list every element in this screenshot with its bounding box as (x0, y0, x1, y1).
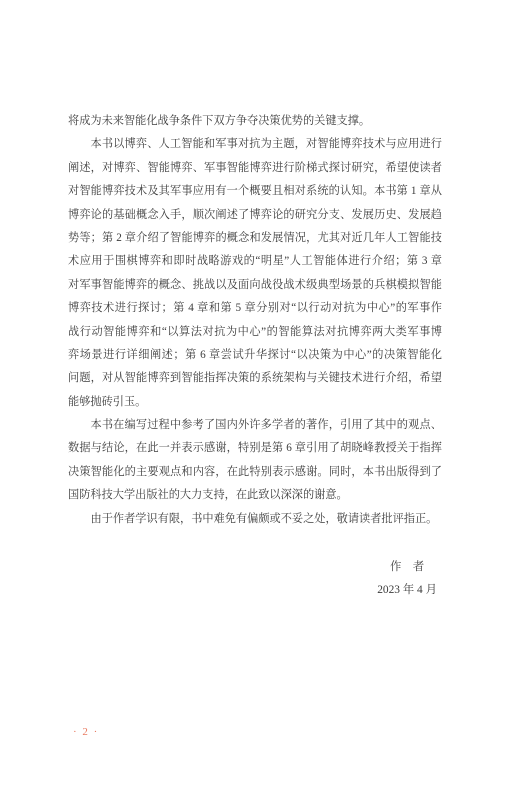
date-line: 2023 年 4 月 (377, 579, 437, 602)
text-line: 弈场景进行详细阐述；第 6 章尝试升华探讨“以决策为中心”的决策智能化 (68, 344, 442, 367)
text-line: 阐述，对博弈、智能博弈、军事智能博弈进行阶梯式探讨研究，希望使读者 (68, 157, 442, 180)
text-line: 博弈论的基础概念入手，顺次阐述了博弈论的研究分支、发展历史、发展趋 (68, 204, 442, 227)
text-line: 博弈技术进行探讨；第 4 章和第 5 章分别对“以行动对抗为中心”的军事作 (68, 297, 442, 320)
text-line: 由于作者学识有限，书中难免有偏颇或不妥之处，敬请读者批评指正。 (68, 508, 442, 531)
text-line: 对智能博弈技术及其军事应用有一个概要且相对系统的认知。本书第 1 章从 (68, 180, 442, 203)
page-number: · 2 · (73, 723, 99, 741)
text-line: 本书在编写过程中参考了国内外许多学者的著作，引用了其中的观点、 (68, 414, 442, 437)
signature-block: 作 者 2023 年 4 月 (377, 556, 437, 603)
document-page: 将成为未来智能化战争条件下双方争夺决策优势的关键支撑。本书以博弈、人工智能和军事… (0, 0, 510, 800)
text-line: 对军事智能博弈的概念、挑战以及面向战役战术级典型场景的兵棋模拟智能 (68, 274, 442, 297)
author-line: 作 者 (377, 556, 437, 579)
text-line: 本书以博弈、人工智能和军事对抗为主题，对智能博弈技术与应用进行 (68, 133, 442, 156)
text-line: 数据与结论，在此一并表示感谢，特别是第 6 章引用了胡晓峰教授关于指挥 (68, 437, 442, 460)
text-line: 问题，对从智能博弈到智能指挥决策的系统架构与关键技术进行介绍，希望 (68, 367, 442, 390)
preface-body: 将成为未来智能化战争条件下双方争夺决策优势的关键支撑。本书以博弈、人工智能和军事… (68, 110, 442, 531)
text-line: 势等；第 2 章介绍了智能博弈的概念和发展情况，尤其对近几年人工智能技 (68, 227, 442, 250)
text-line: 术应用于围棋博弈和即时战略游戏的“明星”人工智能体进行介绍；第 3 章 (68, 250, 442, 273)
text-line: 战行动智能博弈和“以算法对抗为中心”的智能算法对抗博弈两大类军事博 (68, 321, 442, 344)
text-line: 将成为未来智能化战争条件下双方争夺决策优势的关键支撑。 (68, 110, 442, 133)
text-line: 决策智能化的主要观点和内容，在此特别表示感谢。同时，本书出版得到了 (68, 461, 442, 484)
text-line: 能够抛砖引玉。 (68, 391, 442, 414)
text-line: 国防科技大学出版社的大力支持，在此致以深深的谢意。 (68, 484, 442, 507)
